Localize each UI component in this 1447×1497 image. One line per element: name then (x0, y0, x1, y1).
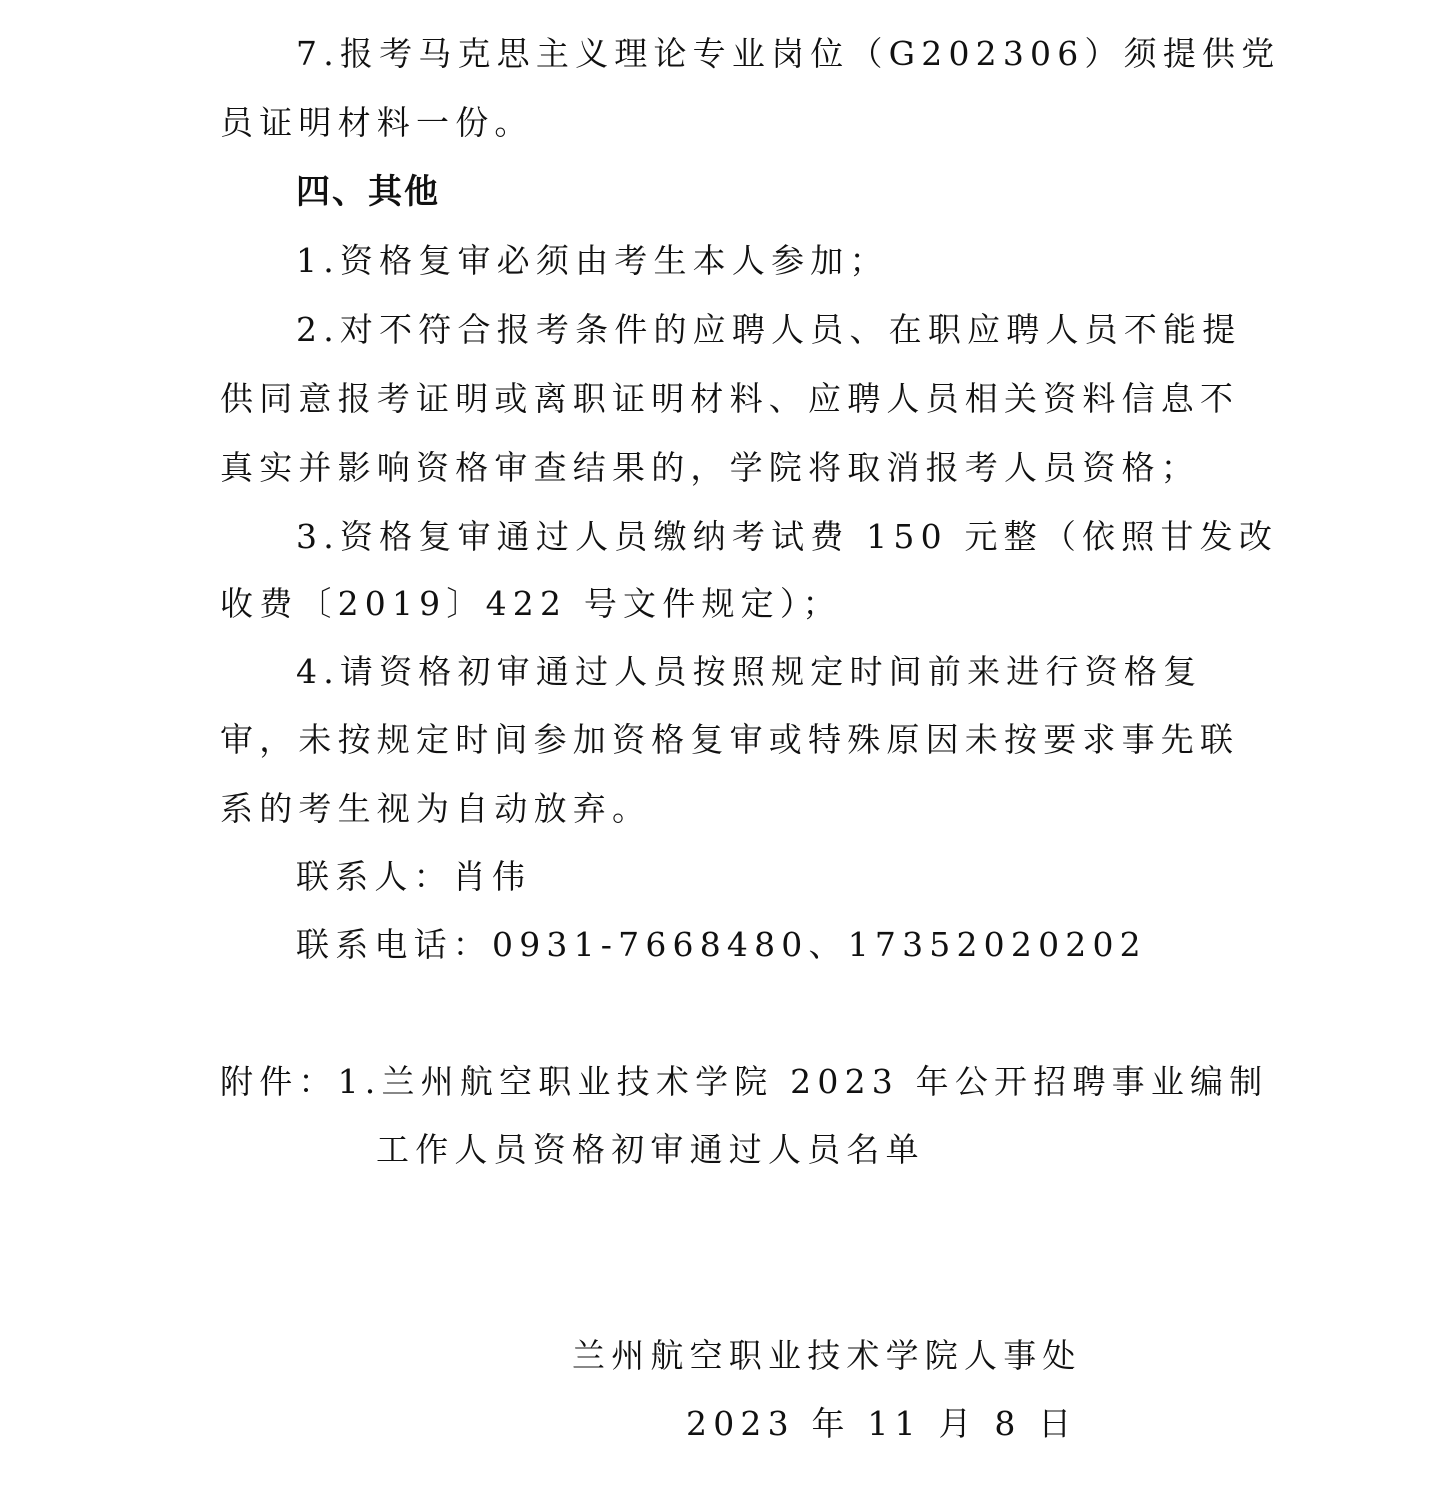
item-7-line-1: 7.报考马克思主义理论专业岗位（G202306）须提供党 (296, 34, 1280, 74)
contact-phone: 联系电话：0931-7668480、17352020202 (296, 925, 1147, 965)
signature-date: 2023 年 11 月 8 日 (686, 1404, 1077, 1444)
list-item-3-line-1: 3.资格复审通过人员缴纳考试费 150 元整（依照甘发改 (296, 517, 1278, 557)
list-item-4-line-1: 4.请资格初审通过人员按照规定时间前来进行资格复 (296, 652, 1202, 692)
list-item-2-line-1: 2.对不符合报考条件的应聘人员、在职应聘人员不能提 (296, 310, 1242, 350)
attachment-line-1: 附件：1.兰州航空职业技术学院 2023 年公开招聘事业编制 (220, 1062, 1268, 1102)
contact-person: 联系人：肖伟 (296, 857, 531, 897)
signature-org: 兰州航空职业技术学院人事处 (572, 1336, 1082, 1376)
attachment-line-2: 工作人员资格初审通过人员名单 (376, 1130, 925, 1170)
list-item-4-line-3: 系的考生视为自动放弃。 (220, 789, 651, 829)
list-item-2-line-3: 真实并影响资格审查结果的，学院将取消报考人员资格； (220, 448, 1200, 488)
list-item-1: 1.资格复审必须由考生本人参加； (296, 241, 889, 281)
list-item-3-line-2: 收费〔2019〕422 号文件规定）； (220, 584, 842, 624)
item-7-line-2: 员证明材料一份。 (220, 103, 534, 143)
section-heading: 四、其他 (296, 172, 440, 212)
list-item-2-line-2: 供同意报考证明或离职证明材料、应聘人员相关资料信息不 (220, 379, 1239, 419)
list-item-4-line-2: 审，未按规定时间参加资格复审或特殊原因未按要求事先联 (220, 720, 1239, 760)
